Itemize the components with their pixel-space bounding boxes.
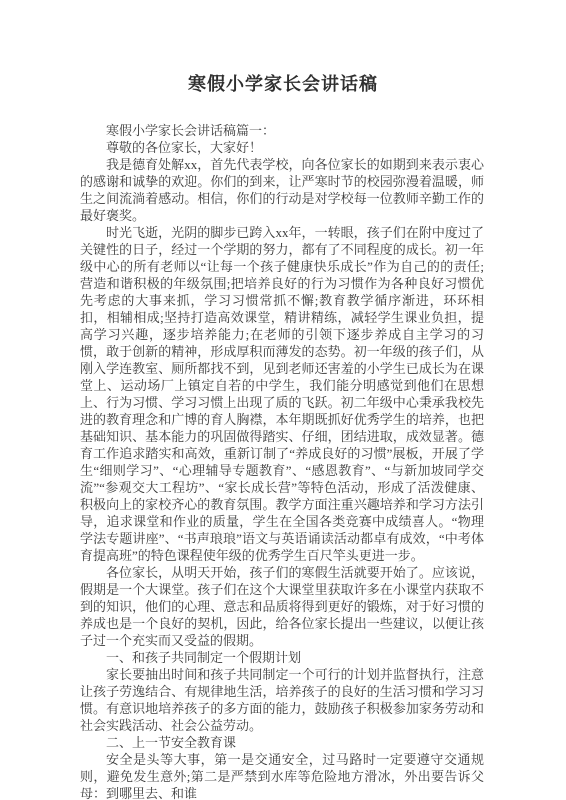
paragraph-section-1-heading: 一、和孩子共同制定一个假期计划 [80, 649, 484, 666]
paragraph-intro: 我是德育处解xx，首先代表学校，向各位家长的如期到来表示衷心的感谢和诚挚的欢迎。… [80, 156, 484, 224]
paragraph-section-1-body: 家长要抽出时间和孩子共同制定一个可行的计划并监督执行，注意让孩子劳逸结合、有规律… [80, 666, 484, 734]
document-page: 寒假小学家长会讲话稿 寒假小学家长会讲话稿篇一： 尊敬的各位家长，大家好！ 我是… [0, 0, 566, 800]
page-title: 寒假小学家长会讲话稿 [0, 0, 566, 122]
paragraph-section-2-body: 安全是头等大事，第一是交通安全，过马路时一定要遵守交通规则，避免发生意外;第二是… [80, 751, 484, 800]
document-body: 寒假小学家长会讲话稿篇一： 尊敬的各位家长，大家好！ 我是德育处解xx，首先代表… [0, 122, 566, 800]
paragraph-school-review: 时光飞逝，光阴的脚步已跨入xx年，一转眼，孩子们在附中度过了关键性的日子，经过一… [80, 224, 484, 564]
paragraph-series-heading: 寒假小学家长会讲话稿篇一： [80, 122, 484, 139]
paragraph-greeting: 尊敬的各位家长，大家好！ [80, 139, 484, 156]
paragraph-holiday-intro: 各位家长，从明天开始，孩子们的寒假生活就要开始了。应该说，假期是一个大课堂。孩子… [80, 564, 484, 649]
paragraph-section-2-heading: 二、上一节安全教育课 [80, 734, 484, 751]
